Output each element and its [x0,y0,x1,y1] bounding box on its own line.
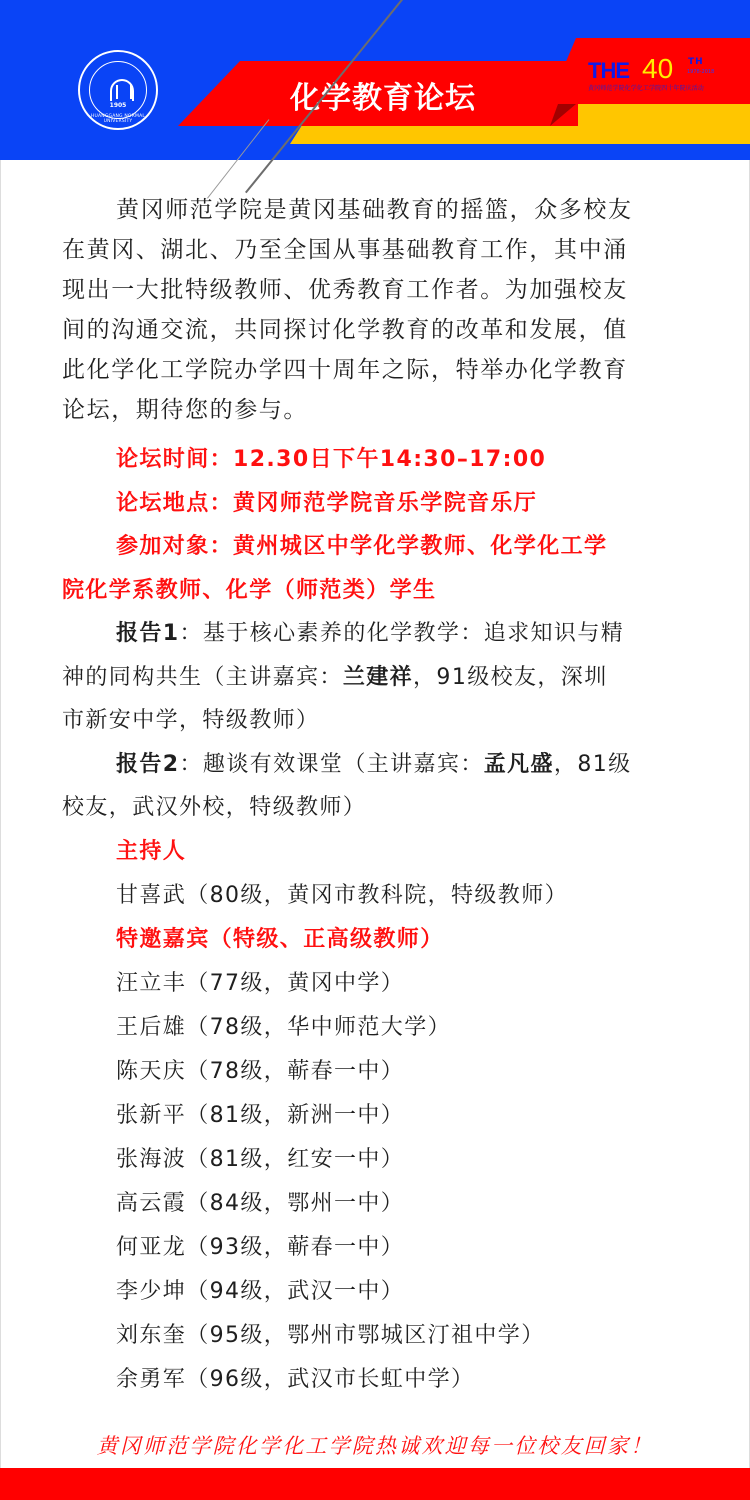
header-banner: 化学教育论坛 1905 HUANGGANG NORMAL UNIVERSITY … [0,0,750,160]
guest-item: 陈天庆（78级，蕲春一中） [116,1050,692,1094]
intro-paragraph: 黄冈师范学院是黄冈基础教育的摇篮，众多校友 在黄冈、湖北、乃至全国从事基础教育工… [62,190,692,430]
badge-the: THE [588,58,629,84]
welcome-slogan: 黄冈师范学院化学化工学院热诚欢迎每一位校友回家！ [0,1430,750,1460]
logo-inner-ring: 1905 [89,61,147,119]
intro-line: 论坛，期待您的参与。 [62,390,692,430]
guest-item: 王后雄（78级，华中师范大学） [116,1006,692,1050]
host-heading: 主持人 [116,830,692,874]
report-label: 报告1 [116,621,180,646]
poster-content: 黄冈师范学院是黄冈基础教育的摇篮，众多校友 在黄冈、湖北、乃至全国从事基础教育工… [62,190,692,1402]
speaker-name: 孟凡盛 [484,752,554,777]
guest-item: 余勇军（96级，武汉市长虹中学） [116,1358,692,1402]
logo-gate-icon [110,79,134,101]
report-label: 报告2 [116,752,180,777]
host-section: 主持人 甘喜武（80级，黄冈市教科院，特级教师） [62,830,692,918]
intro-line: 在黄冈、湖北、乃至全国从事基础教育工作，其中涌 [62,230,692,270]
speaker-name: 兰建祥 [343,665,413,690]
badge-suffix: TH [688,57,704,67]
badge-years: 1978-2018 [687,69,714,75]
guest-item: 李少坤（94级，武汉一中） [116,1270,692,1314]
report-2: 报告2：趣谈有效课堂（主讲嘉宾：孟凡盛，81级 校友，武汉外校，特级教师） [62,743,692,830]
guest-item: 高云霞（84级，鄂州一中） [116,1182,692,1226]
event-audience-cont: 院化学系教师、化学（师范类）学生 [62,569,692,613]
badge-subtitle: 黄冈师范学院化学化工学院四十年院庆活动 [588,83,704,92]
guest-item: 何亚龙（93级，蕲春一中） [116,1226,692,1270]
logo-year: 1905 [90,102,146,109]
guests-heading: 特邀嘉宾（特级、正高级教师） [116,918,692,962]
event-info: 论坛时间：12.30日下午14:30–17:00 论坛地点：黄冈师范学院音乐学院… [62,438,692,612]
page-title: 化学教育论坛 [290,73,500,117]
event-place: 论坛地点：黄冈师范学院音乐学院音乐厅 [62,482,692,526]
guest-item: 汪立丰（77级，黄冈中学） [116,962,692,1006]
badge-number: 40 [642,55,673,83]
footer-red-bar [0,1468,750,1500]
intro-line: 间的沟通交流，共同探讨化学教育的改革和发展，值 [62,310,692,350]
intro-line: 黄冈师范学院是黄冈基础教育的摇篮，众多校友 [62,190,692,230]
intro-line: 此化学化工学院办学四十周年之际，特举办化学教育 [62,350,692,390]
university-logo-icon: 1905 HUANGGANG NORMAL UNIVERSITY [78,50,158,130]
guest-item: 刘东奎（95级，鄂州市鄂城区汀祖中学） [116,1314,692,1358]
logo-ring-text: HUANGGANG NORMAL UNIVERSITY [80,114,156,124]
anniversary-badge: THE 40 TH 1978-2018 黄冈师范学院化学化工学院四十年院庆活动 [588,55,748,95]
guest-item: 张海波（81级，红安一中） [116,1138,692,1182]
guest-item: 张新平（81级，新洲一中） [116,1094,692,1138]
event-time: 论坛时间：12.30日下午14:30–17:00 [62,438,692,482]
guests-section: 特邀嘉宾（特级、正高级教师） 汪立丰（77级，黄冈中学） 王后雄（78级，华中师… [62,918,692,1402]
report-1: 报告1：基于核心素养的化学教学：追求知识与精 神的同构共生（主讲嘉宾：兰建祥，9… [62,612,692,743]
intro-line: 现出一大批特级教师、优秀教育工作者。为加强校友 [62,270,692,310]
event-audience: 参加对象：黄州城区中学化学教师、化学化工学 [62,525,692,569]
host-person: 甘喜武（80级，黄冈市教科院，特级教师） [116,874,692,918]
